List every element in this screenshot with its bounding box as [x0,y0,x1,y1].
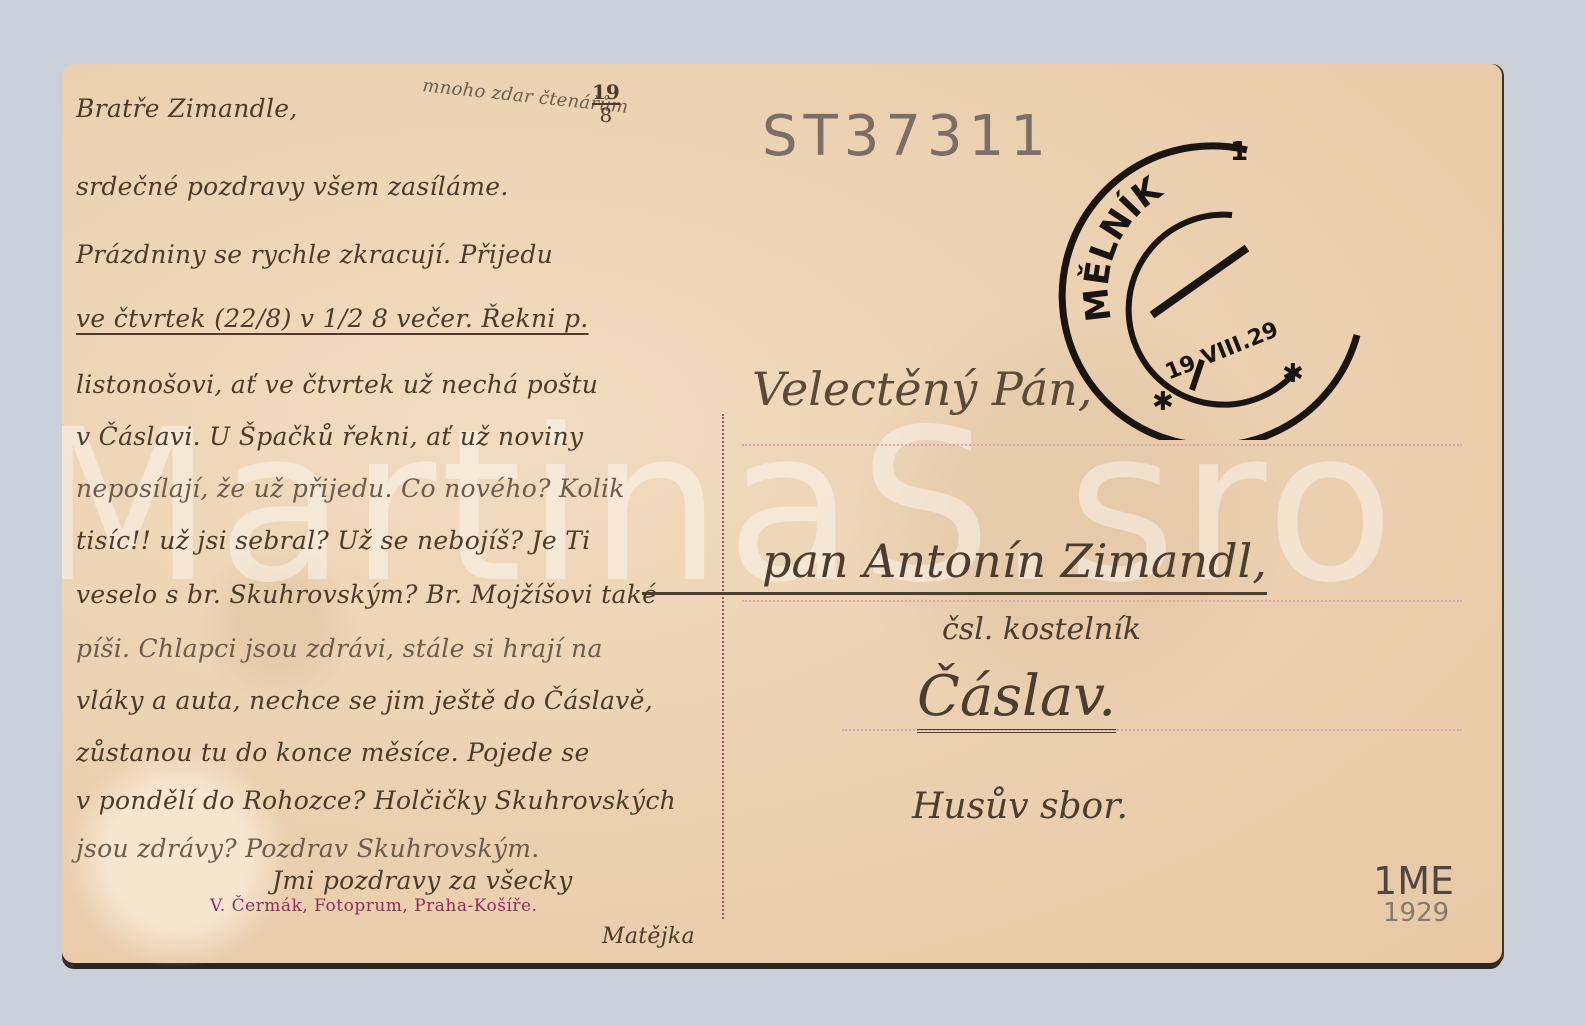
message-line: Bratře Zimandle, [76,94,298,123]
message-line: neposílají, že už přijedu. Co nového? Ko… [76,474,625,503]
divider-vertical [722,414,724,919]
catalog-year: 1929 [1383,900,1454,926]
message-line: Prázdniny se rychle zkracují. Přijedu [76,240,553,269]
message-line: píši. Chlapci jsou zdrávi, stále si hraj… [76,634,603,663]
message-line: jsou zdrávy? Pozdrav Skuhrovským. [76,834,540,863]
date-note-day: 19 [592,82,620,105]
message-line: zůstanou tu do konce měsíce. Pojede se [76,738,590,767]
postmark-date: 19.VIII.29 [1162,317,1282,385]
signature: Matějka [602,924,695,949]
address-salutation: Velectěný Pán, [752,362,1092,416]
svg-text:✱: ✱ [1152,387,1174,417]
reference-number: ST37311 [762,104,1052,169]
message-line: v Čáslavi. U Špačků řekni, ať už noviny [76,422,583,451]
message-line: vláky a auta, nechce se jim ještě do Čás… [76,686,653,715]
message-line: listonošovi, ať ve čtvrtek už nechá pošt… [76,370,598,399]
message-line: v pondělí do Rohozce? Holčičky Skuhrovsk… [76,786,676,815]
address-line-guide [742,600,1462,602]
publisher-imprint: V. Čermák, Fotoprum, Praha-Košíře. [210,896,537,916]
catalog-pencil-note: 1ME 1929 [1373,862,1454,926]
address-line-guide [742,444,1462,446]
date-note-month: 8 [600,103,613,127]
message-line: veselo s br. Skuhrovským? Br. Mojžíšovi … [76,580,657,609]
message-line: srdečné pozdravy všem zasíláme. [76,172,509,201]
postmark-number: 1 [1230,137,1248,167]
date-note: 19 8 [592,82,620,126]
message-line: Jmi pozdravy za všecky [272,866,573,895]
postmark-stamp: MĚLNÍK 19.VIII.29 1 ✱ ✱ [1052,120,1372,440]
address-street: Husův sbor. [912,786,1128,827]
address-title: čsl. kostelník [942,612,1141,647]
catalog-code: 1ME [1373,859,1454,903]
message-line: tisíc!! už jsi sebral? Už se nebojíš? Je… [76,526,590,555]
address-name: pan Antonín Zimandl, [642,534,1267,595]
address-city: Čáslav. [917,664,1116,733]
svg-text:✱: ✱ [1282,359,1304,389]
postcard-back: MartinaS.sro ST37311 mnoho zdar čtenářům… [62,64,1502,966]
message-line: ve čtvrtek (22/8) v 1/2 8 večer. Řekni p… [76,304,589,333]
